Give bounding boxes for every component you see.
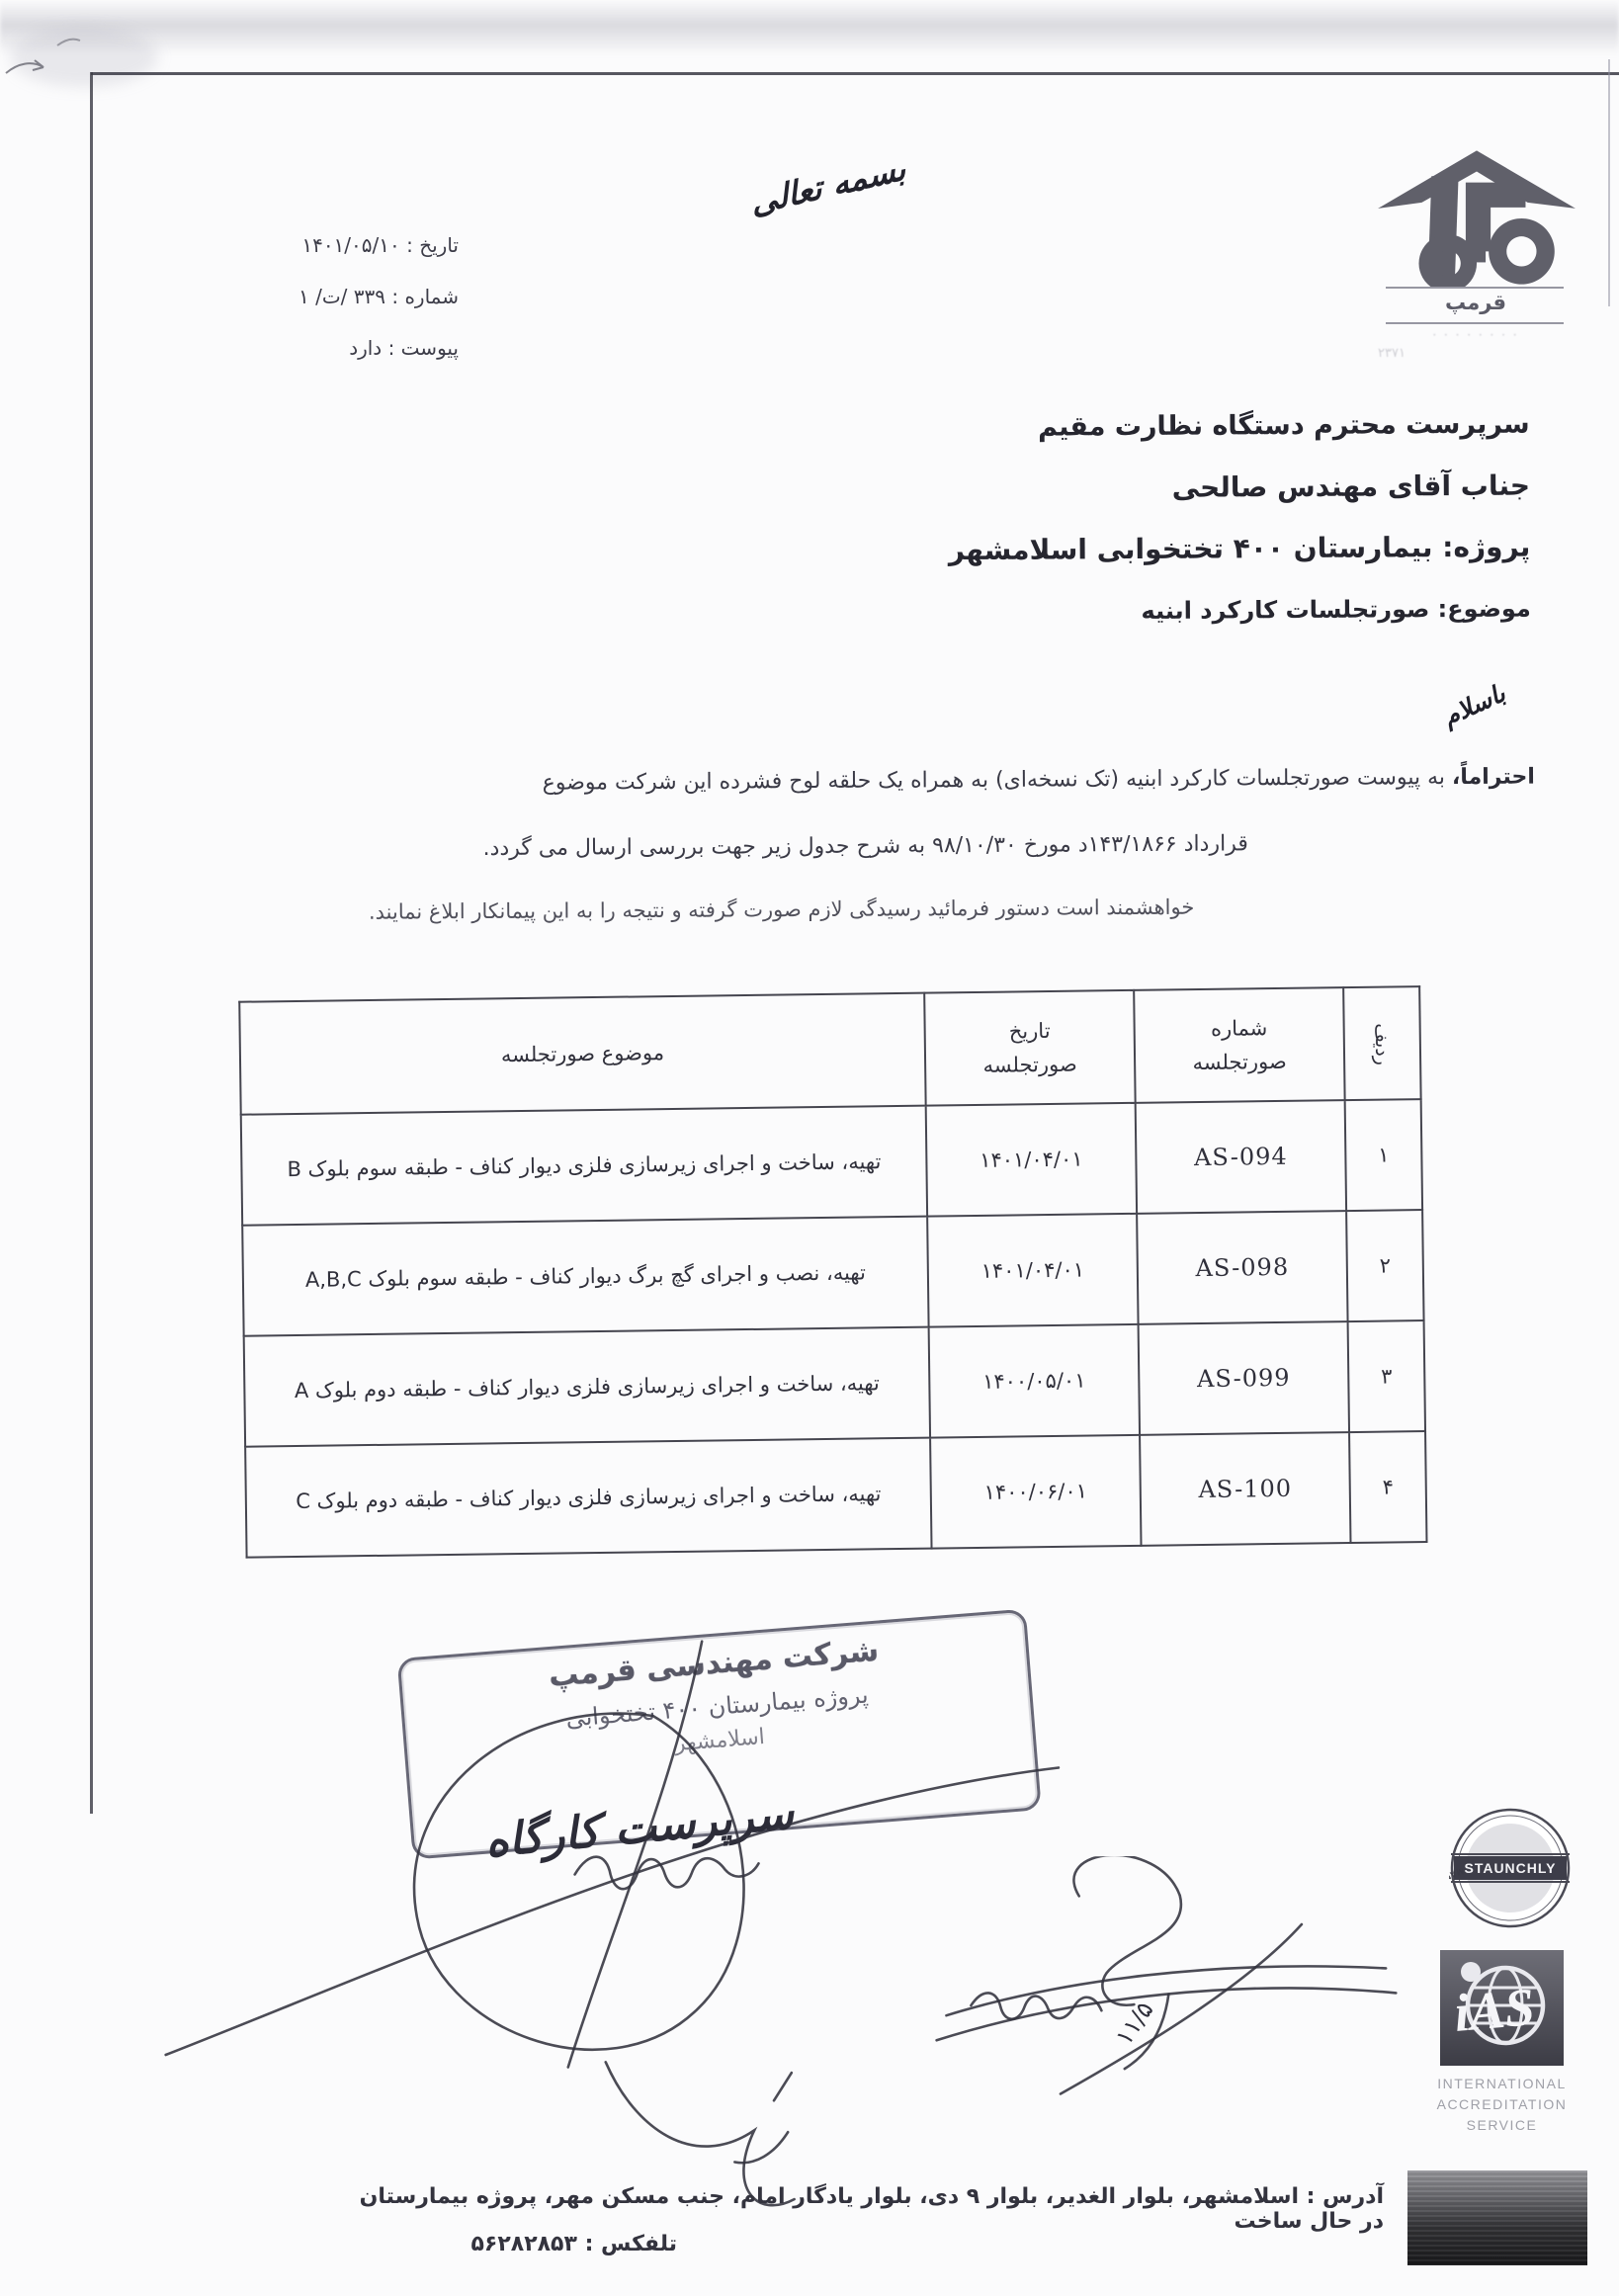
- ias-logo-icon: iAS: [1440, 1950, 1564, 2066]
- bismillah-calligraphy: بسمه تعالی: [749, 148, 908, 222]
- body-paragraph-line2: قرارداد ۱۴۳/۱۸۶۶د مورخ ۹۸/۱۰/۳۰ به شرح ج…: [196, 830, 1535, 863]
- table-row: ۲ AS-098 ۱۴۰۱/۰۴/۰۱ تهیه، نصب و اجرای گچ…: [242, 1210, 1423, 1336]
- recipient-name: جناب آقای مهندس صالحی: [596, 469, 1530, 508]
- minute-date: ۱۴۰۰/۰۶/۰۱: [930, 1435, 1141, 1549]
- body-paragraph-line1: احتراماً، به پیوست صورتجلسات کارکرد ابنی…: [196, 765, 1535, 798]
- minute-number-value: AS-099: [1197, 1364, 1291, 1393]
- table-row: ۳ AS-099 ۱۴۰۰/۰۵/۰۱ تهیه، ساخت و اجرای ز…: [244, 1320, 1425, 1447]
- logo-wordmark: قرمپ: [1372, 291, 1579, 314]
- scanner-shadow-band: [0, 0, 1619, 55]
- minute-subject: تهیه، ساخت و اجرای زیرسازی فلزی دیوار کن…: [244, 1327, 930, 1447]
- certified-seal-icon: CERTIFIED STAUNCHLY MANAGEMENT SYSTEM: [1449, 1807, 1572, 1929]
- approval-signature-icon: [920, 1854, 1416, 2104]
- header-row-index: ردیف: [1343, 986, 1420, 1100]
- body-paragraph-line3: خواهشمند است دستور فرمائید رسیدگی لازم ص…: [154, 893, 1409, 925]
- subject-line: موضوع: صورتجلسات کارکرد ابنیه: [597, 595, 1531, 629]
- row-index: ۲: [1346, 1210, 1423, 1321]
- minute-date: ۱۴۰۱/۰۴/۰۱: [927, 1214, 1138, 1327]
- company-logo-block: قرمپ · · · · · · · · ۲۳۷۱: [1372, 148, 1581, 291]
- logo-divider-top: [1386, 287, 1564, 289]
- body-lead-word: احتراماً،: [1452, 765, 1535, 791]
- project-line: پروژه: بیمارستان ۴۰۰ تختخوابی اسلامشهر: [596, 531, 1530, 569]
- minutes-table: ردیف شماره صورتجلسه تاریخ صورتجلسه موضوع…: [238, 985, 1427, 1559]
- seal-band-text: STAUNCHLY: [1464, 1860, 1556, 1876]
- minute-number: AS-099: [1139, 1321, 1349, 1435]
- logo-faint-text: · · · · · · · ·: [1372, 328, 1579, 342]
- row-index: ۳: [1348, 1320, 1425, 1432]
- salutation: باسلام: [1438, 660, 1549, 731]
- page-frame-top-line: [91, 72, 1619, 75]
- recipient-block: سرپرست محترم دستگاه نظارت مقیم جناب آقای…: [596, 409, 1531, 629]
- logo-divider-bottom: [1386, 322, 1564, 324]
- row-index: ۱: [1345, 1099, 1422, 1211]
- scanned-letter-page: تاریخ : ۱۴۰۱/۰۵/۱۰ شماره : ۳۳۹ /ت/ ۱ پیو…: [0, 0, 1619, 2296]
- ias-caption-line1: INTERNATIONAL: [1415, 2074, 1588, 2094]
- letter-date: تاریخ : ۱۴۰۱/۰۵/۱۰: [198, 229, 459, 281]
- recipient-title: سرپرست محترم دستگاه نظارت مقیم: [596, 409, 1530, 446]
- minute-number: AS-094: [1136, 1100, 1346, 1214]
- minute-number: AS-100: [1140, 1432, 1350, 1546]
- minute-subject: تهیه، ساخت و اجرای زیرسازی فلزی دیوار کن…: [241, 1106, 927, 1226]
- pen-marks-icon: [0, 16, 119, 85]
- minute-number-value: AS-100: [1198, 1475, 1292, 1503]
- header-number-top: شماره: [1145, 1010, 1332, 1046]
- header-minute-number: شماره صورتجلسه: [1134, 987, 1344, 1103]
- minute-subject: تهیه، ساخت و اجرای زیرسازی فلزی دیوار کن…: [245, 1438, 931, 1558]
- company-logo-icon: [1372, 148, 1581, 287]
- header-minute-subject: موضوع صورتجلسه: [239, 993, 925, 1115]
- table-row: ۱ AS-094 ۱۴۰۱/۰۴/۰۱ تهیه، ساخت و اجرای ز…: [241, 1099, 1422, 1226]
- ias-logo-text: iAS: [1452, 1977, 1537, 2043]
- table-row: ۴ AS-100 ۱۴۰۰/۰۶/۰۱ تهیه، ساخت و اجرای ز…: [245, 1431, 1426, 1558]
- scan-dark-block: [1407, 2170, 1587, 2265]
- ias-caption-line3: SERVICE: [1415, 2115, 1588, 2136]
- minute-number-value: AS-098: [1195, 1253, 1289, 1282]
- letter-number: شماره : ۳۳۹ /ت/ ۱: [198, 281, 459, 332]
- minute-number: AS-098: [1137, 1211, 1347, 1324]
- ias-caption-line2: ACCREDITATION: [1415, 2094, 1588, 2115]
- header-minute-date: تاریخ صورتجلسه: [924, 990, 1135, 1106]
- letter-meta-block: تاریخ : ۱۴۰۱/۰۵/۱۰ شماره : ۳۳۹ /ت/ ۱ پیو…: [198, 229, 459, 383]
- header-date-top: تاریخ: [935, 1013, 1123, 1049]
- header-date-bottom: صورتجلسه: [936, 1047, 1124, 1082]
- minute-date: ۱۴۰۱/۰۴/۰۱: [926, 1103, 1137, 1217]
- minute-subject: تهیه، نصب و اجرای گچ برگ دیوار کناف - طب…: [242, 1217, 928, 1336]
- logo-faint-digits: ۲۳۷۱: [1378, 346, 1496, 361]
- scan-edge-line: [1608, 59, 1610, 306]
- footer-telefax: تلفکس : ۵۶۲۸۲۸۵۳: [425, 2232, 677, 2256]
- table-header-row: ردیف شماره صورتجلسه تاریخ صورتجلسه موضوع…: [239, 986, 1420, 1115]
- letter-attachment: پیوست : دارد: [198, 332, 459, 383]
- ias-caption: INTERNATIONAL ACCREDITATION SERVICE: [1415, 2074, 1588, 2136]
- footer-address: آدرس : اسلامشهر، بلوار الغدیر، بلوار ۹ د…: [351, 2184, 1384, 2234]
- header-number-bottom: صورتجلسه: [1146, 1044, 1333, 1079]
- row-index: ۴: [1349, 1431, 1426, 1543]
- body-line1-rest: به پیوست صورتجلسات کارکرد ابنیه (تک نسخه…: [543, 765, 1452, 796]
- minute-number-value: AS-094: [1194, 1143, 1288, 1171]
- minute-date: ۱۴۰۰/۰۵/۰۱: [929, 1324, 1140, 1438]
- header-row-index-label: ردیف: [1365, 1023, 1400, 1065]
- page-frame-left-line: [90, 72, 93, 1814]
